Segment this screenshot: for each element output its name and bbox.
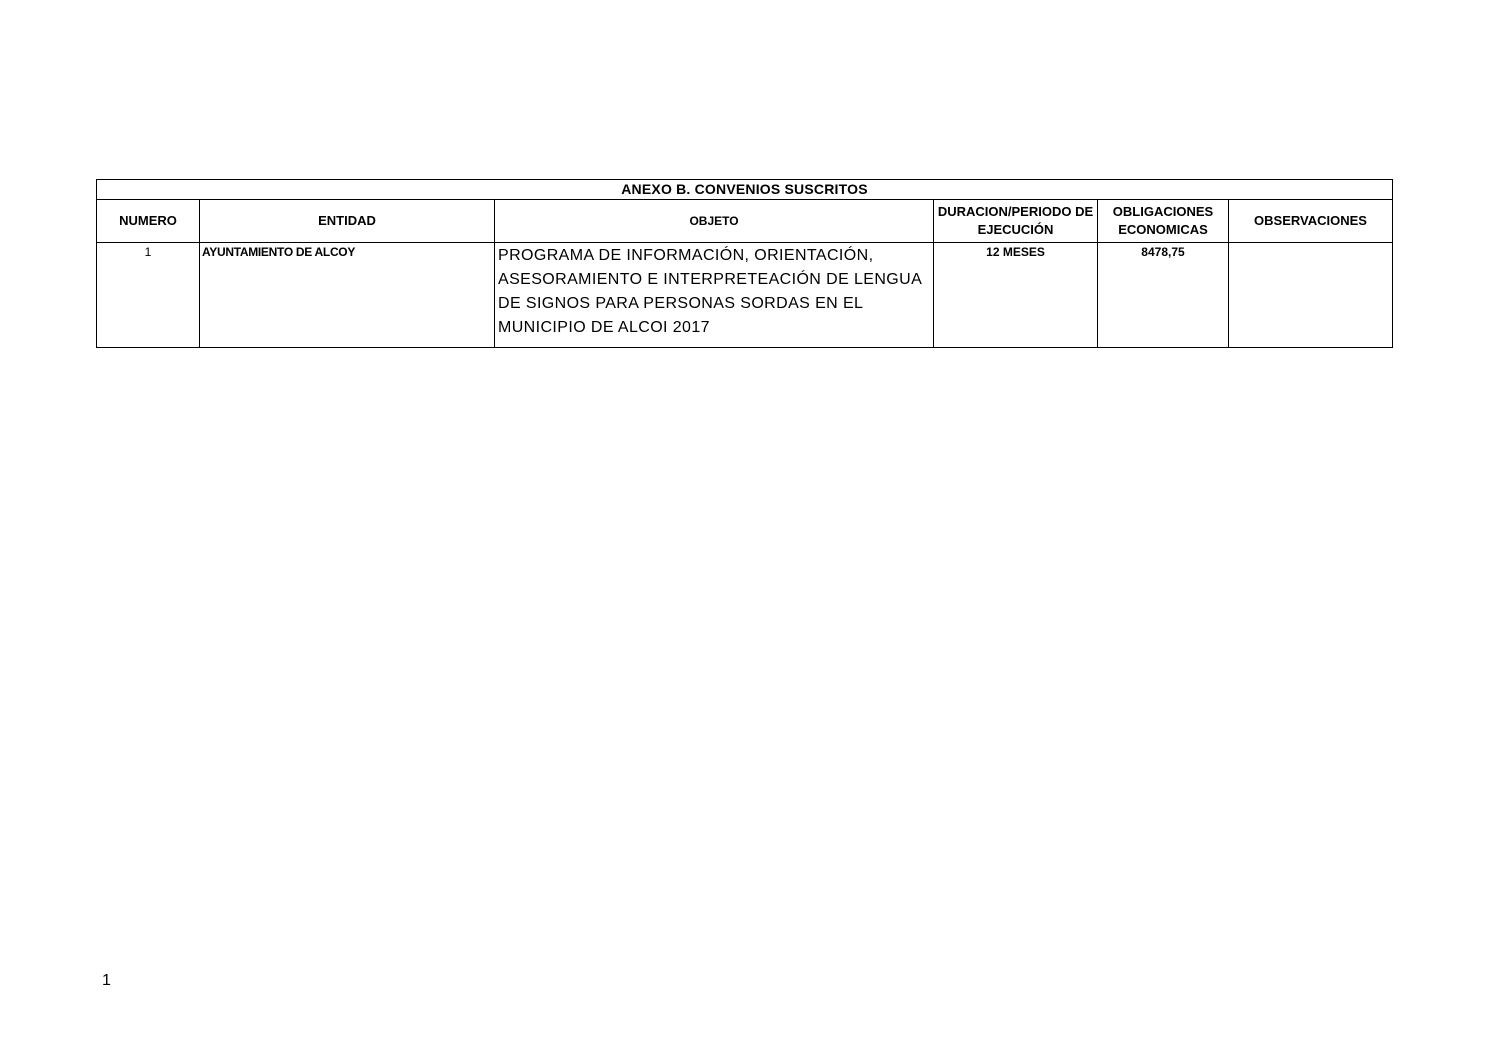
annex-table: ANEXO B. CONVENIOS SUSCRITOS NUMERO ENTI… (96, 179, 1393, 348)
column-header-duracion: DURACION/PERIODO DE EJECUCIÓN (934, 200, 1098, 243)
cell-obligaciones: 8478,75 (1098, 243, 1229, 348)
cell-entidad: AYUNTAMIENTO DE ALCOY (200, 243, 495, 348)
column-header-obligaciones: OBLIGACIONES ECONOMICAS (1098, 200, 1229, 243)
cell-objeto: PROGRAMA DE INFORMACIÓN, ORIENTACIÓN, AS… (495, 243, 934, 348)
column-header-entidad: ENTIDAD (200, 200, 495, 243)
cell-observaciones (1229, 243, 1393, 348)
column-header-numero: NUMERO (97, 200, 200, 243)
cell-numero: 1 (97, 243, 200, 348)
cell-duracion: 12 MESES (934, 243, 1098, 348)
column-header-observaciones: OBSERVACIONES (1229, 200, 1393, 243)
table-title: ANEXO B. CONVENIOS SUSCRITOS (97, 180, 1393, 200)
column-header-objeto: OBJETO (495, 200, 934, 243)
page-number: 1 (102, 972, 111, 990)
table-row: 1 AYUNTAMIENTO DE ALCOY PROGRAMA DE INFO… (97, 243, 1393, 348)
